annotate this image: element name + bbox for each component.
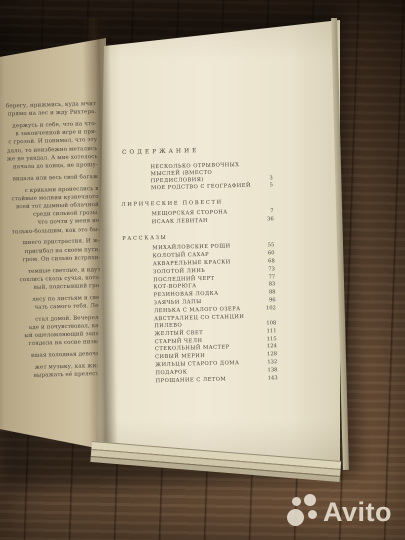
toc-entry-label: ПРОЩАНИЕ С ЛЕТОМ (156, 376, 262, 385)
toc-entry-page: 88 (269, 290, 276, 297)
toc-entry-page: 115 (267, 336, 277, 343)
toc-entry-page: 60 (268, 250, 275, 257)
avito-logo-icon (292, 497, 301, 506)
toc-entry-page: 108 (266, 320, 276, 327)
book-right-page: СОДЕРЖАНИЕ НЕСКОЛЬКО ОТРЫВОЧНЫХ МЫСЛЕЙ (… (94, 14, 340, 476)
toc-section-heading: ЛИРИЧЕСКИЕ ПОВЕСТИ (121, 199, 273, 209)
toc-entry-page: 3 (269, 175, 272, 182)
toc-entry-page: 68 (268, 258, 275, 265)
avito-logo-icon (304, 494, 316, 506)
toc-entry-page: 5 (270, 183, 273, 190)
toc-entry-page: 128 (267, 352, 277, 359)
toc-entry-page: 102 (266, 305, 276, 312)
toc-entry-label: НЕСКОЛЬКО ОТРЫВОЧНЫХ МЫСЛЕЙ (ВМЕСТО ПРЕД… (150, 162, 263, 185)
toc-entry-page: 7 (270, 209, 273, 216)
toc-entry-page: 124 (267, 344, 277, 351)
toc-entry-page: 55 (268, 242, 275, 249)
toc-entry-page: 77 (268, 274, 275, 281)
avito-watermark: Avito (287, 494, 405, 536)
toc-entry-label: ИСААК ЛЕВИТАН (152, 217, 262, 226)
toc-entry-label: АВСТРАЛИЕЦ СО СТАНЦИИ ПИЛЕВО (154, 314, 260, 330)
toc-front-list: НЕСКОЛЬКО ОТРЫВОЧНЫХ МЫСЛЕЙ (ВМЕСТО ПРЕД… (120, 161, 273, 193)
avito-logo-icon (287, 509, 304, 526)
avito-logo-icon (308, 510, 317, 519)
photo-of-open-book: берегу, прижмись, куда мчитпрямо на лес … (0, 0, 405, 540)
toc-entry-page: 132 (267, 359, 277, 366)
avito-watermark-label: Avito (323, 495, 392, 529)
toc-entry-page: 83 (269, 282, 276, 289)
toc-entry-page: 96 (269, 297, 276, 304)
toc-entry-page: 111 (266, 328, 276, 335)
toc-row: НЕСКОЛЬКО ОТРЫВОЧНЫХ МЫСЛЕЙ (ВМЕСТО ПРЕД… (120, 161, 272, 185)
table-of-contents: СОДЕРЖАНИЕ НЕСКОЛЬКО ОТРЫВОЧНЫХ МЫСЛЕЙ (… (120, 146, 278, 387)
toc-section-heading: РАССКАЗЫ (122, 232, 274, 242)
toc-entry-page: 138 (267, 367, 277, 374)
toc-entry-page: 143 (268, 375, 278, 382)
toc-entry-page: 73 (268, 266, 275, 273)
toc-entry-label: МОЕ РОДСТВО С ГЕОГРАФИЕЙ (151, 183, 264, 193)
toc-entry-page: 36 (267, 216, 274, 223)
toc-section-list: ЛИРИЧЕСКИЕ ПОВЕСТИМЕЩОРСКАЯ СТОРОНА7ИСАА… (121, 199, 277, 386)
